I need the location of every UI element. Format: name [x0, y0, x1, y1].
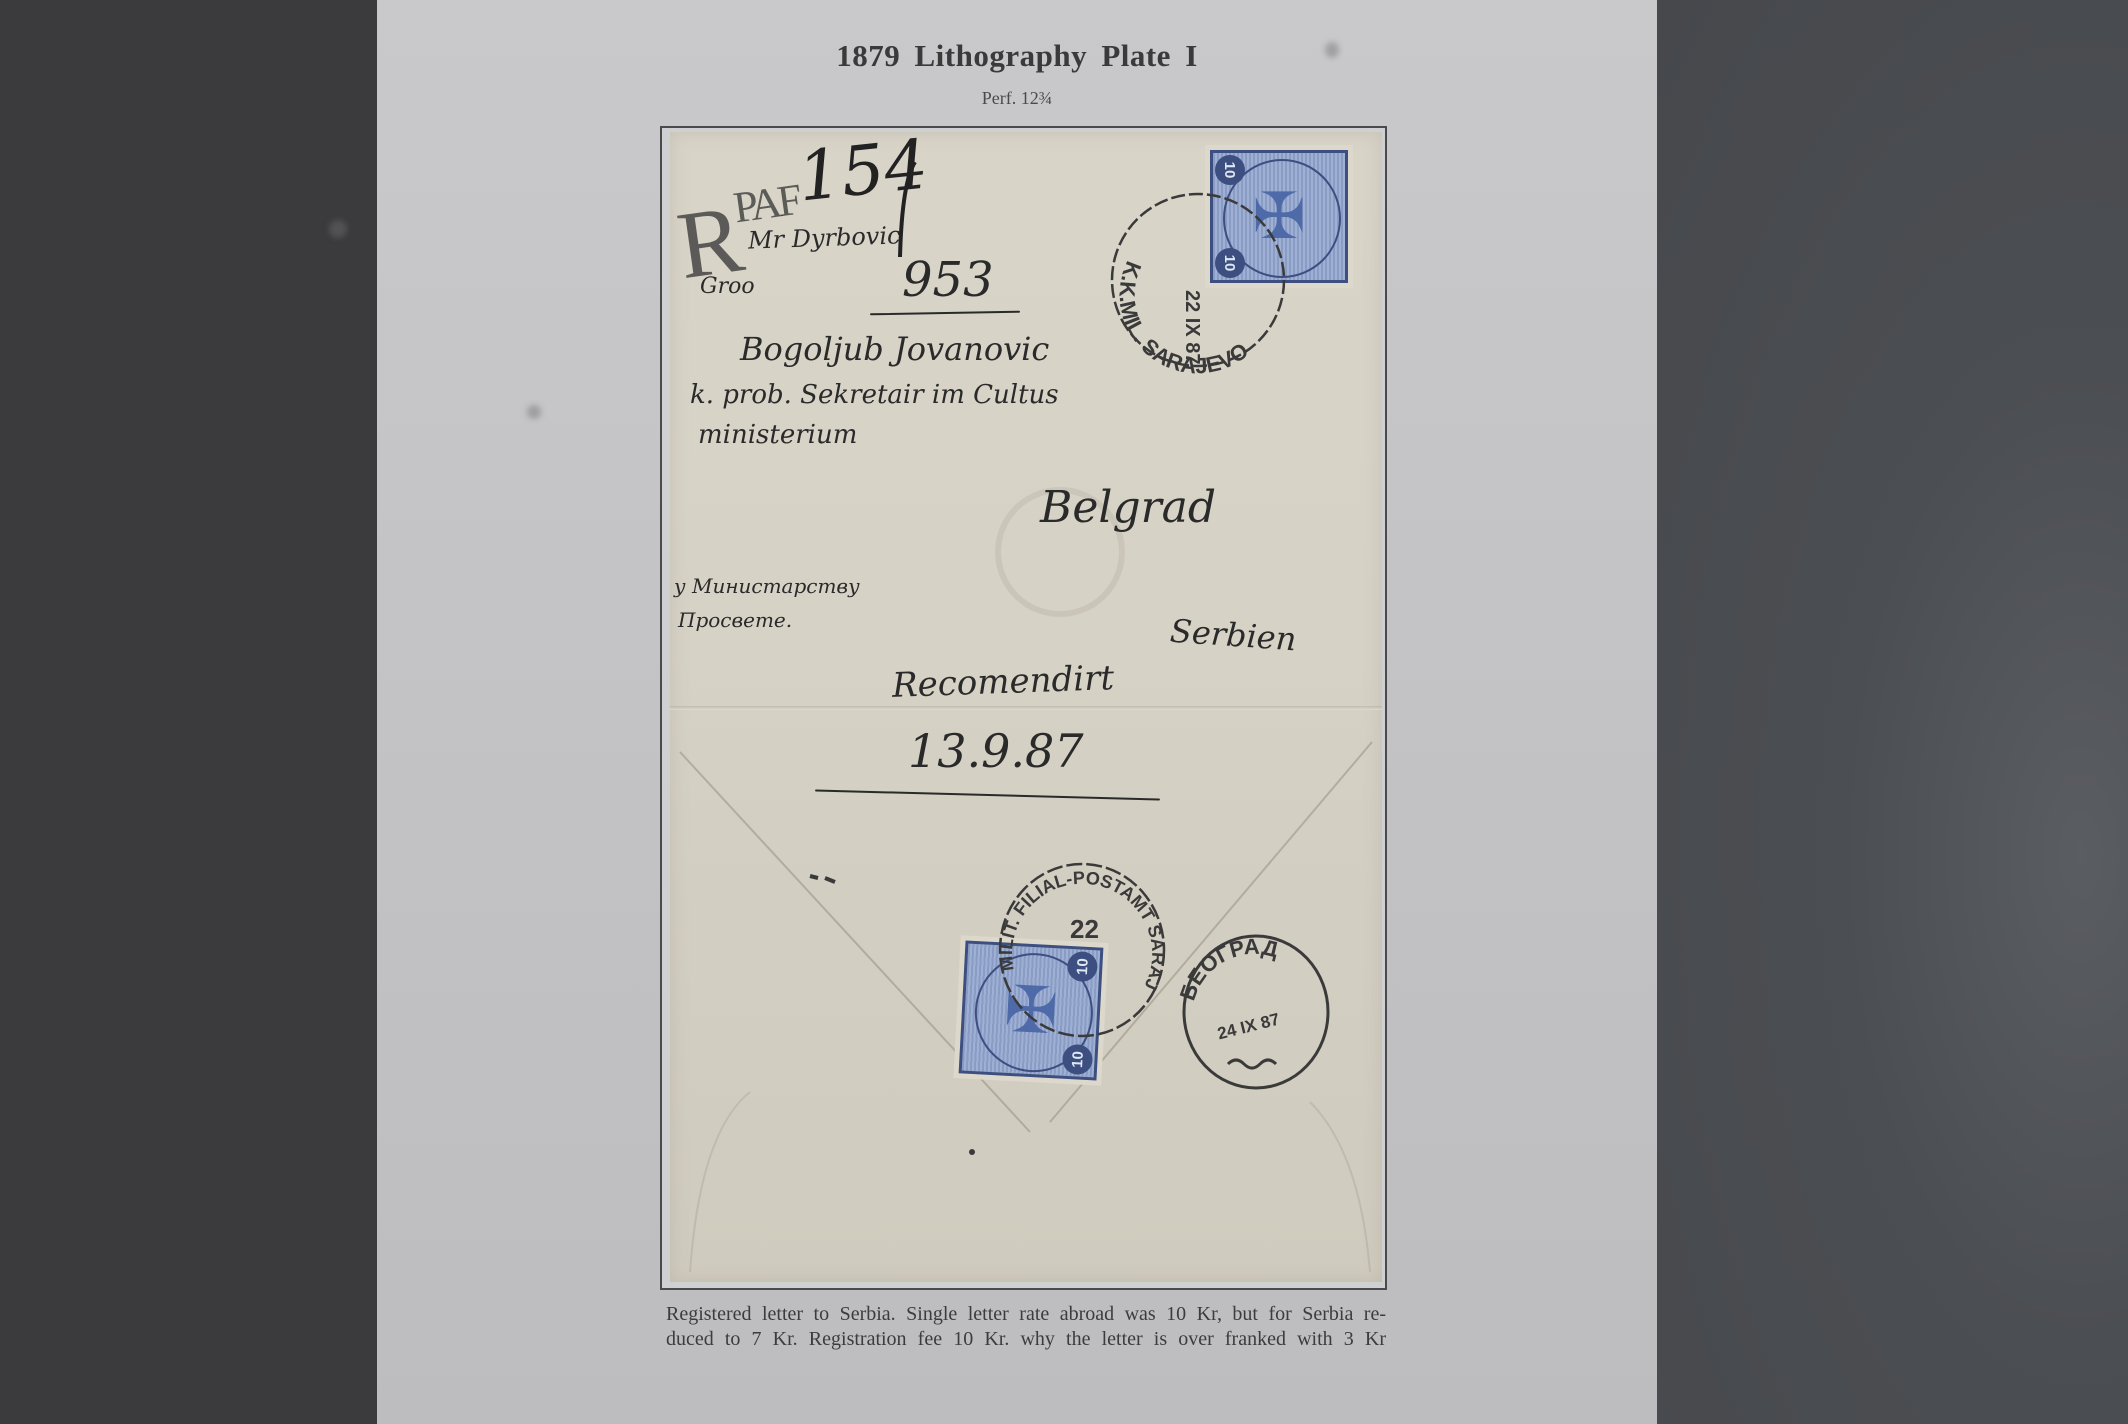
- recipient-ministry: ministerium: [698, 420, 857, 450]
- destination-city: Belgrad: [1040, 482, 1216, 533]
- sender-number: 953: [902, 252, 994, 308]
- sender-line-1: Mr Dyrbovic: [748, 221, 901, 254]
- dust-spot: [329, 220, 347, 238]
- page-title: 1879 Lithography Plate I: [377, 38, 1657, 74]
- svg-text:22 IX 87: 22 IX 87: [1181, 290, 1203, 365]
- serbian-note-line-1: у Министарству: [674, 574, 860, 598]
- registered-label: Recomendirt: [891, 658, 1114, 706]
- registration-number: 154: [794, 132, 931, 218]
- background-left: [0, 0, 377, 1424]
- exhibit-caption: Registered letter to Serbia. Single lett…: [666, 1302, 1386, 1352]
- registered-envelope: RPAF 154 Mr Dyrbovic Groo 953 Bogoljub J…: [670, 132, 1382, 1282]
- recipient-name: Bogoljub Jovanovic: [740, 330, 1049, 368]
- background-right: [1657, 0, 2128, 1424]
- svg-text:22: 22: [1070, 914, 1099, 944]
- caption-line-2: duced to 7 Kr. Registration fee 10 Kr. w…: [666, 1327, 1386, 1352]
- serbian-note-line-2: Просвете.: [678, 608, 792, 632]
- recipient-title: k. prob. Sekretair im Cultus: [690, 380, 1059, 410]
- handwritten-date: 13.9.87: [908, 724, 1084, 778]
- dust-spot: [527, 405, 541, 419]
- caption-line-1: Registered letter to Serbia. Single lett…: [666, 1302, 1386, 1327]
- postmark-sarajevo-front: K.K.MIL. SARAJEVO 22 IX 87: [1098, 180, 1298, 380]
- sender-line-2: Groo: [700, 274, 755, 299]
- postmark-sarajevo-back: MILIT. FILIAL-POSTAMT SARAJEVO 22: [992, 860, 1172, 1040]
- page-subtitle: Perf. 12¾: [377, 88, 1657, 109]
- svg-text:24 IX 87: 24 IX 87: [1215, 1010, 1281, 1044]
- postmark-belgrade: БЕОГРАД 24 IX 87: [1176, 932, 1336, 1092]
- svg-text:БЕОГРАД: БЕОГРАД: [1176, 934, 1281, 1004]
